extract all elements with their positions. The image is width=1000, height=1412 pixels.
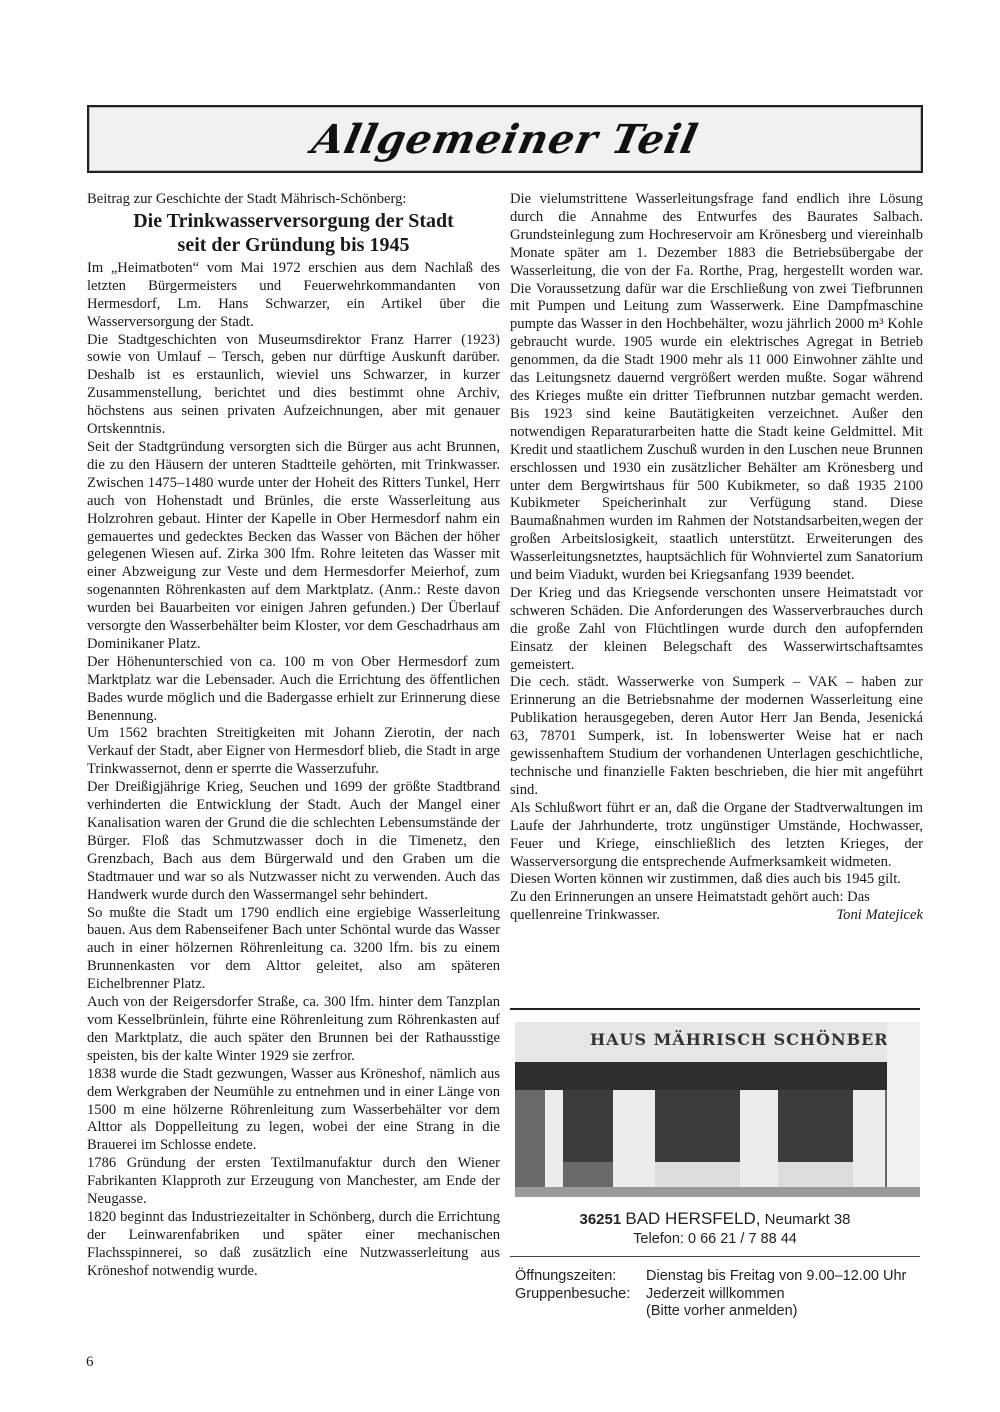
article-kicker: Beitrag zur Geschichte der Stadt Mährisc… [87, 191, 500, 209]
photo-street [515, 1187, 920, 1197]
hours-value: (Bitte vorher anmelden) [646, 1303, 798, 1321]
paragraph: So mußte die Stadt um 1790 endlich eine … [87, 905, 500, 995]
paragraph: Die vielumstrittene Wasserleitungsfrage … [510, 191, 923, 585]
hours-label [515, 1303, 646, 1321]
paragraph: Der Krieg und das Kriegsende verschonten… [510, 585, 923, 675]
paragraph: Der Dreißigjährige Krieg, Seuchen und 16… [87, 779, 500, 904]
paragraph: Der Höhenunterschied von ca. 100 m von O… [87, 654, 500, 726]
paragraph: Zu den Erinnerungen an unsere Heimatstad… [510, 889, 923, 907]
street: Neumarkt 38 [765, 1211, 851, 1228]
photo-sill [778, 1162, 853, 1187]
storefront-photo: HAUS MÄHRISCH SCHÖNBERG [515, 1022, 920, 1197]
hours-row: Öffnungszeiten: Dienstag bis Freitag von… [515, 1268, 925, 1286]
photo-sill [655, 1162, 740, 1187]
divider-rule [510, 1008, 920, 1010]
hours-value: Jederzeit willkommen [646, 1286, 785, 1304]
paragraph: Seit der Stadtgründung versorgten sich d… [87, 439, 500, 654]
headline-line-2: seit der Gründung bis 1945 [87, 233, 500, 257]
paragraph: Auch von der Reigersdorfer Straße, ca. 3… [87, 994, 500, 1066]
photo-wall [887, 1022, 920, 1197]
article-headline: Die Trinkwasserversorgung der Stadt seit… [87, 209, 500, 257]
paragraph: Im „Heimatboten“ vom Mai 1972 erschien a… [87, 260, 500, 332]
section-banner: Allgemeiner Teil [87, 105, 923, 173]
city: BAD HERSFELD, [625, 1209, 760, 1228]
hours-row: (Bitte vorher anmelden) [515, 1303, 925, 1321]
photo-pier [740, 1090, 778, 1187]
paragraph: Die cech. städt. Wasserwerke von Sumperk… [510, 674, 923, 799]
hours-row: Gruppenbesuche: Jederzeit willkommen [515, 1286, 925, 1304]
paragraph: 1838 wurde die Stadt gezwungen, Wasser a… [87, 1066, 500, 1156]
photo-sign-text: HAUS MÄHRISCH SCHÖNBERG [590, 1030, 903, 1049]
photo-awning [515, 1062, 910, 1090]
paragraph: Als Schlußwort führt er an, daß die Orga… [510, 800, 923, 872]
page: Allgemeiner Teil Beitrag zur Geschichte … [0, 0, 1000, 1412]
photo-pier [613, 1090, 655, 1187]
postal-code: 36251 [579, 1211, 621, 1228]
paragraph: Um 1562 brachten Streitigkeiten mit Joha… [87, 725, 500, 779]
paragraph: 1820 beginnt das Industriezeitalter in S… [87, 1209, 500, 1281]
photo-window [778, 1090, 853, 1162]
left-column: Beitrag zur Geschichte der Stadt Mährisc… [87, 191, 500, 1281]
closing-text: quellenreine Trinkwasser. [510, 907, 660, 925]
paragraph: Die Stadtgeschichten von Museumsdirektor… [87, 332, 500, 439]
photo-pier [853, 1090, 885, 1187]
page-number: 6 [86, 1354, 94, 1371]
photo-door [563, 1090, 613, 1162]
photo-pier [545, 1090, 563, 1187]
address-line: 36251 BAD HERSFELD, Neumarkt 38 [510, 1209, 920, 1229]
headline-line-1: Die Trinkwasserversorgung der Stadt [87, 209, 500, 233]
signoff-line: quellenreine Trinkwasser. Toni Matejicek [510, 907, 923, 925]
divider-rule [510, 1256, 920, 1257]
right-column: Die vielumstrittene Wasserleitungsfrage … [510, 191, 923, 925]
hours-value: Dienstag bis Freitag von 9.00–12.00 Uhr [646, 1268, 906, 1286]
paragraph: 1786 Gründung der ersten Textilmanufaktu… [87, 1155, 500, 1209]
section-title: Allgemeiner Teil [308, 116, 702, 163]
phone-line: Telefon: 0 66 21 / 7 88 44 [510, 1231, 920, 1247]
photo-window [655, 1090, 740, 1162]
author-name: Toni Matejicek [836, 907, 923, 925]
hours-label: Öffnungszeiten: [515, 1268, 646, 1286]
paragraph: Diesen Worten können wir zustimmen, daß … [510, 871, 923, 889]
hours-label: Gruppenbesuche: [515, 1286, 646, 1304]
opening-hours: Öffnungszeiten: Dienstag bis Freitag von… [515, 1268, 925, 1321]
